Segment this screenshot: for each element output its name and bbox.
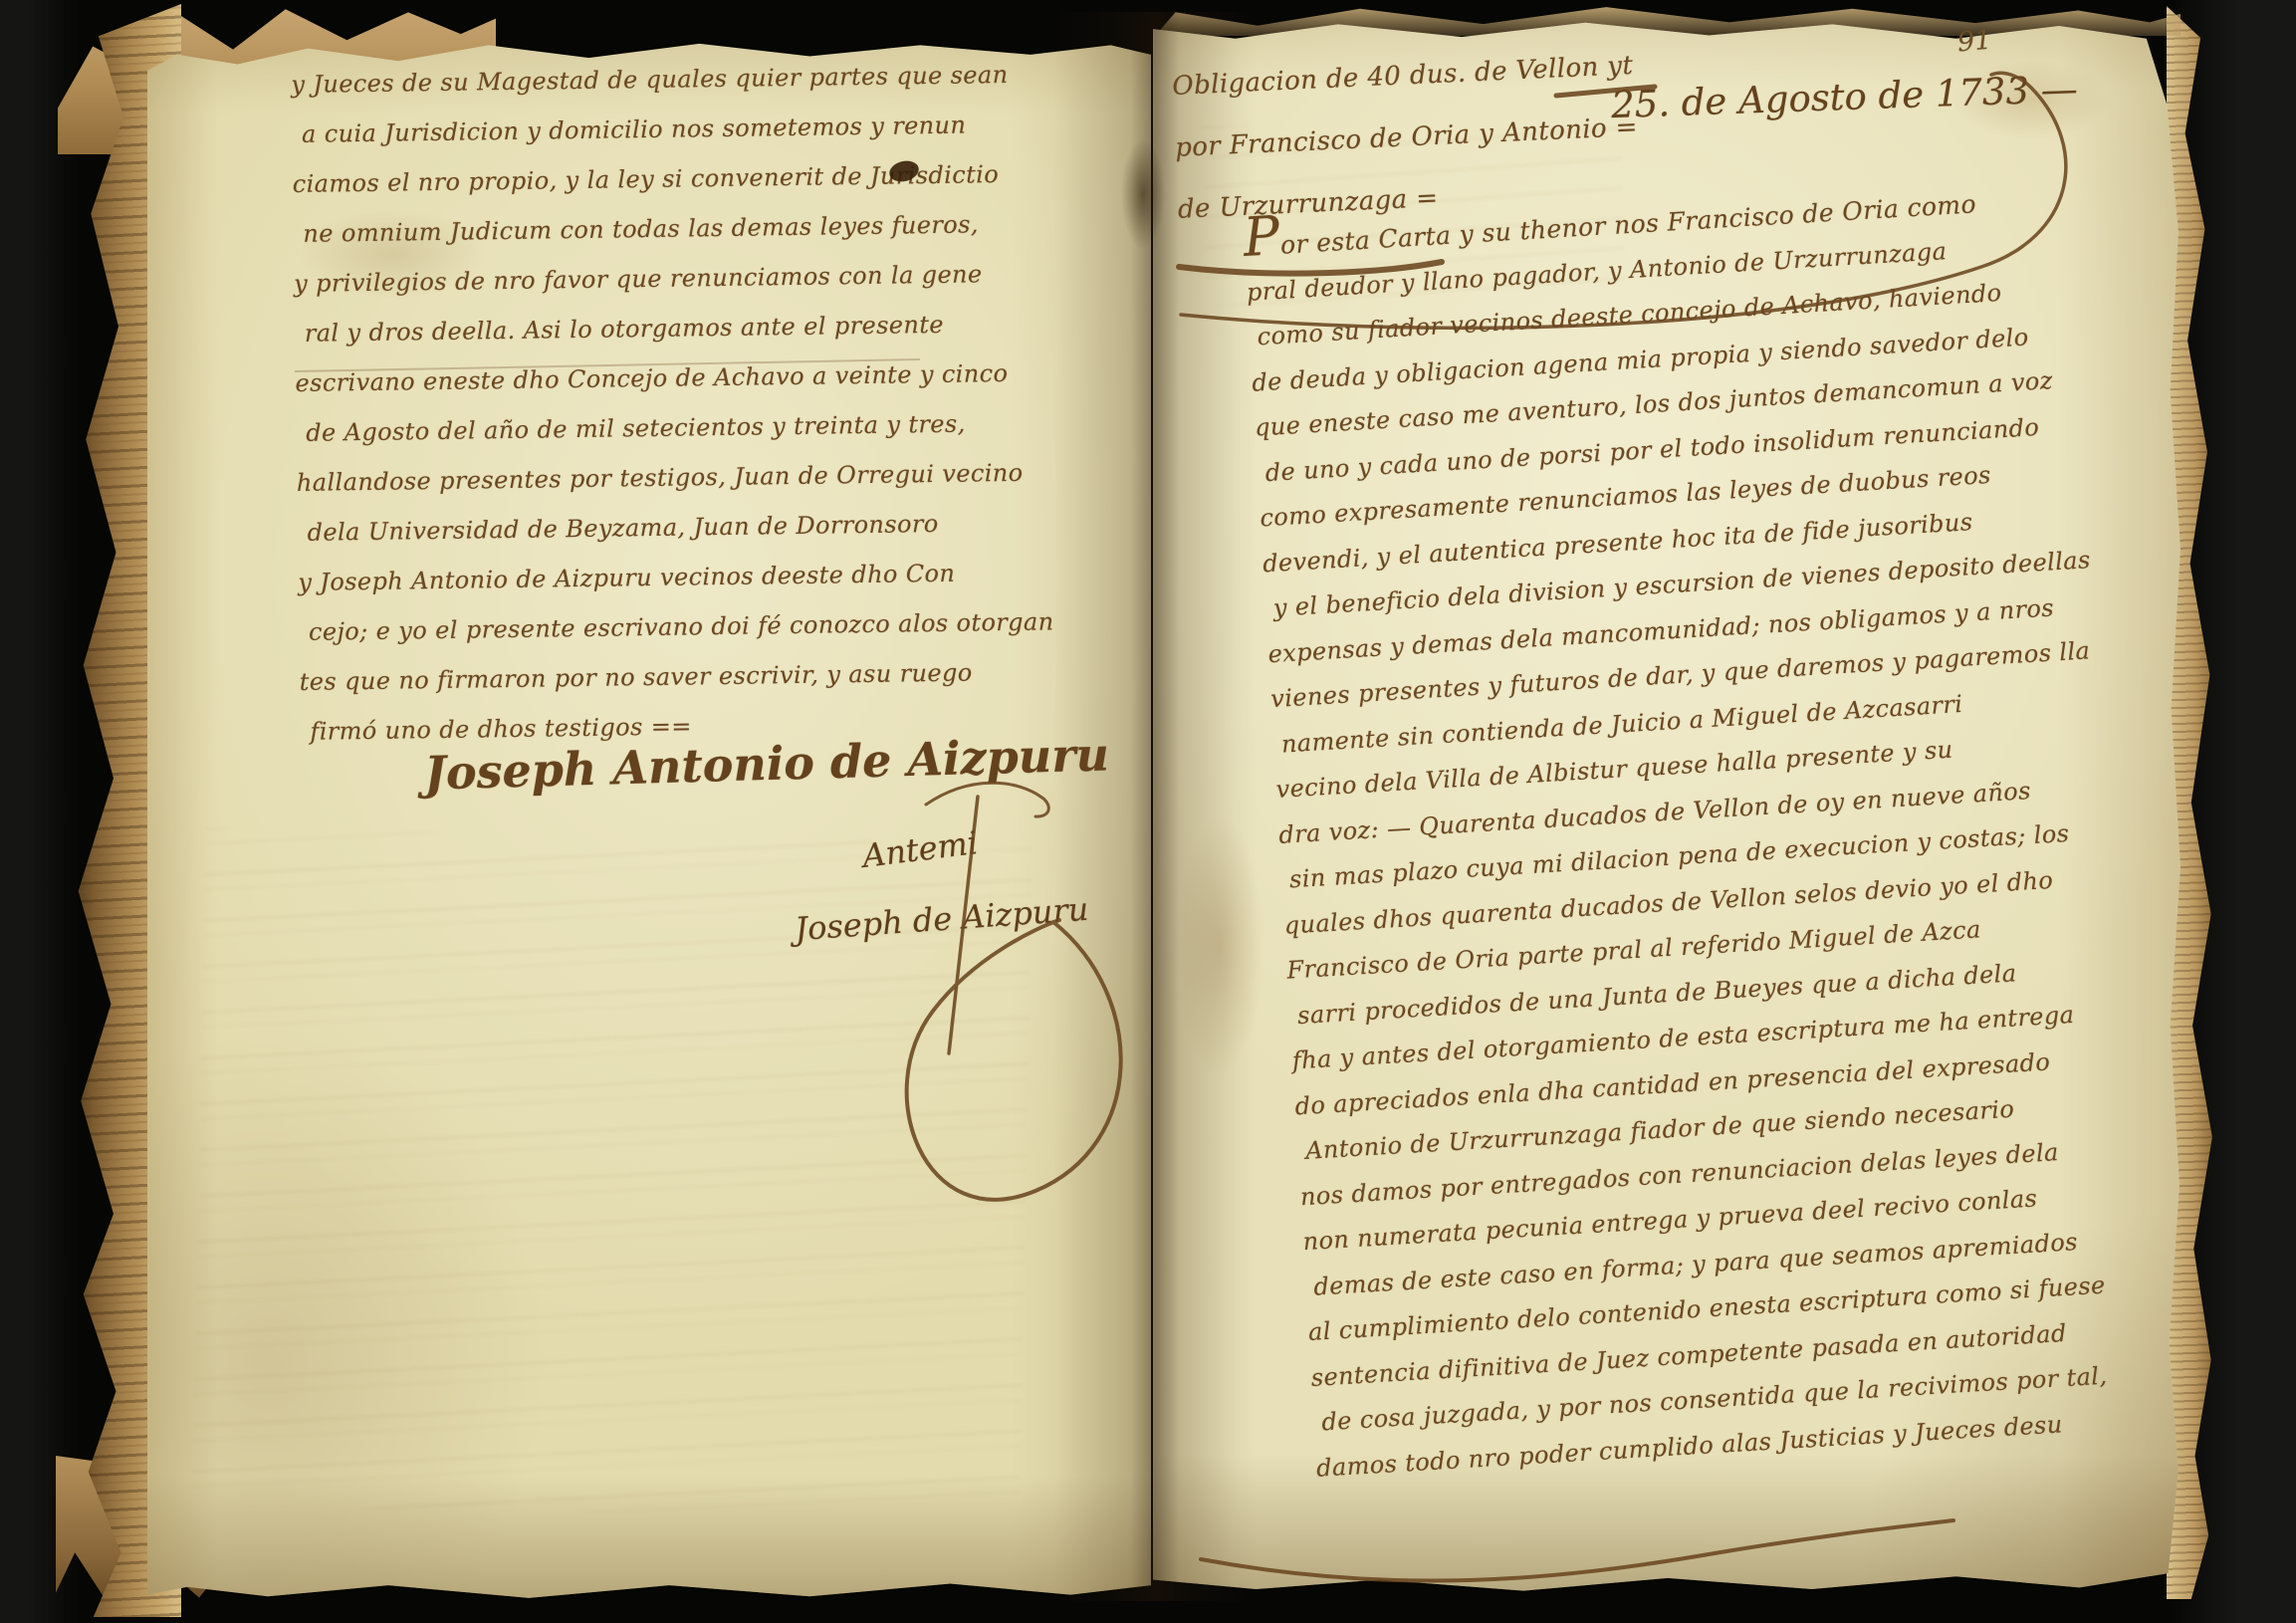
manuscript-line: hallandose presentes por testigos, Juan …	[297, 447, 1052, 508]
left-page-paragraph: y Jueces de su Magestad de quales quier …	[291, 49, 1055, 757]
gutter-dark-notch	[1121, 139, 1165, 249]
page-number: 91	[1956, 25, 1993, 59]
manuscript-line: tes que no firmaron por no saver escrivi…	[299, 646, 1054, 707]
book-gutter-shadow	[1053, 12, 1257, 1601]
right-page-paragraph: Por esta Carta y su thenor nos Francisco…	[1243, 176, 2143, 1492]
